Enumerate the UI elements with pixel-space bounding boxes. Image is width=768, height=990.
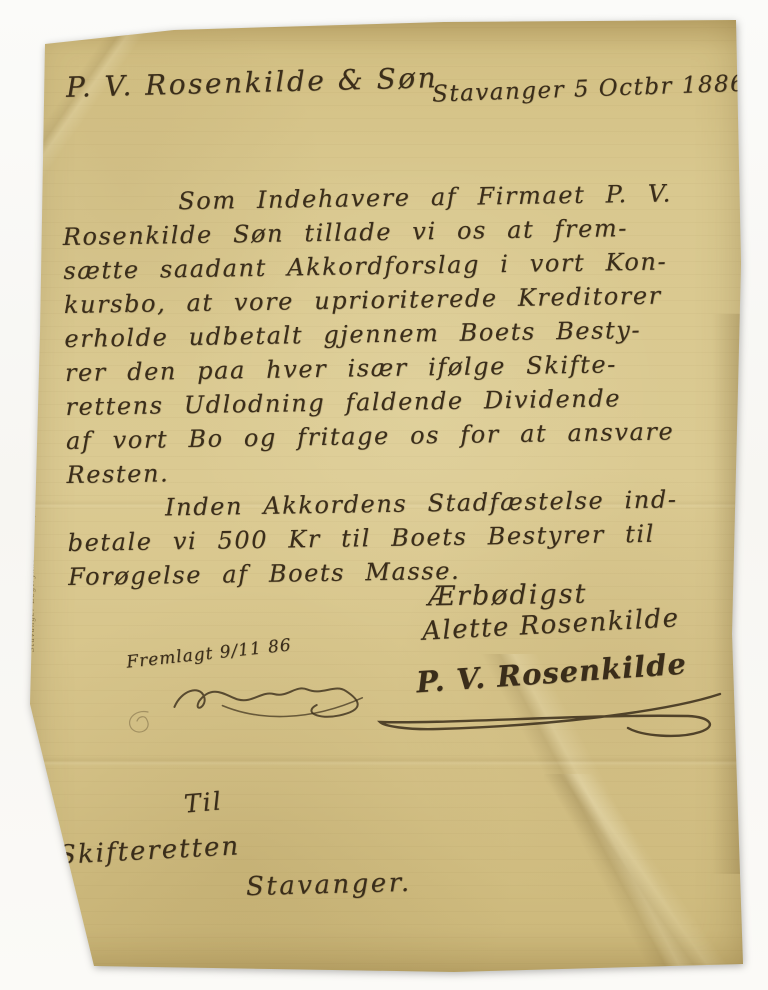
letter-sheet-shadow: P. V. Rosenkilde & Søn Stavanger 5 Octbr…	[0, 0, 768, 990]
address-city: Stavanger.	[246, 868, 412, 902]
printers-mark-vertical: Stavanger Bogtrykkeri & Comp.	[28, 512, 36, 652]
pencil-curl-mark	[120, 704, 164, 748]
docket-signature-scrawl	[164, 659, 383, 736]
address-to-label: Til	[183, 786, 224, 818]
signature-flourish-underline	[376, 686, 726, 742]
paper-crease-bottom-right-2	[544, 774, 746, 978]
letterhead-company-name: P. V. Rosenkilde & Søn	[66, 61, 439, 104]
letter-body-paragraphs: Som Indehavere af Firmaet P. V. Rosenkil…	[62, 176, 728, 594]
paper-fold-line-lower	[34, 756, 739, 766]
address-probate-court: Skifteretten	[57, 831, 241, 870]
letter-page: P. V. Rosenkilde & Søn Stavanger 5 Octbr…	[24, 14, 746, 978]
letterhead-place-date: Stavanger 5 Octbr 1886.	[432, 70, 756, 107]
closing-salutation: Ærbødigst	[428, 579, 588, 613]
scan-background: P. V. Rosenkilde & Søn Stavanger 5 Octbr…	[0, 0, 768, 990]
